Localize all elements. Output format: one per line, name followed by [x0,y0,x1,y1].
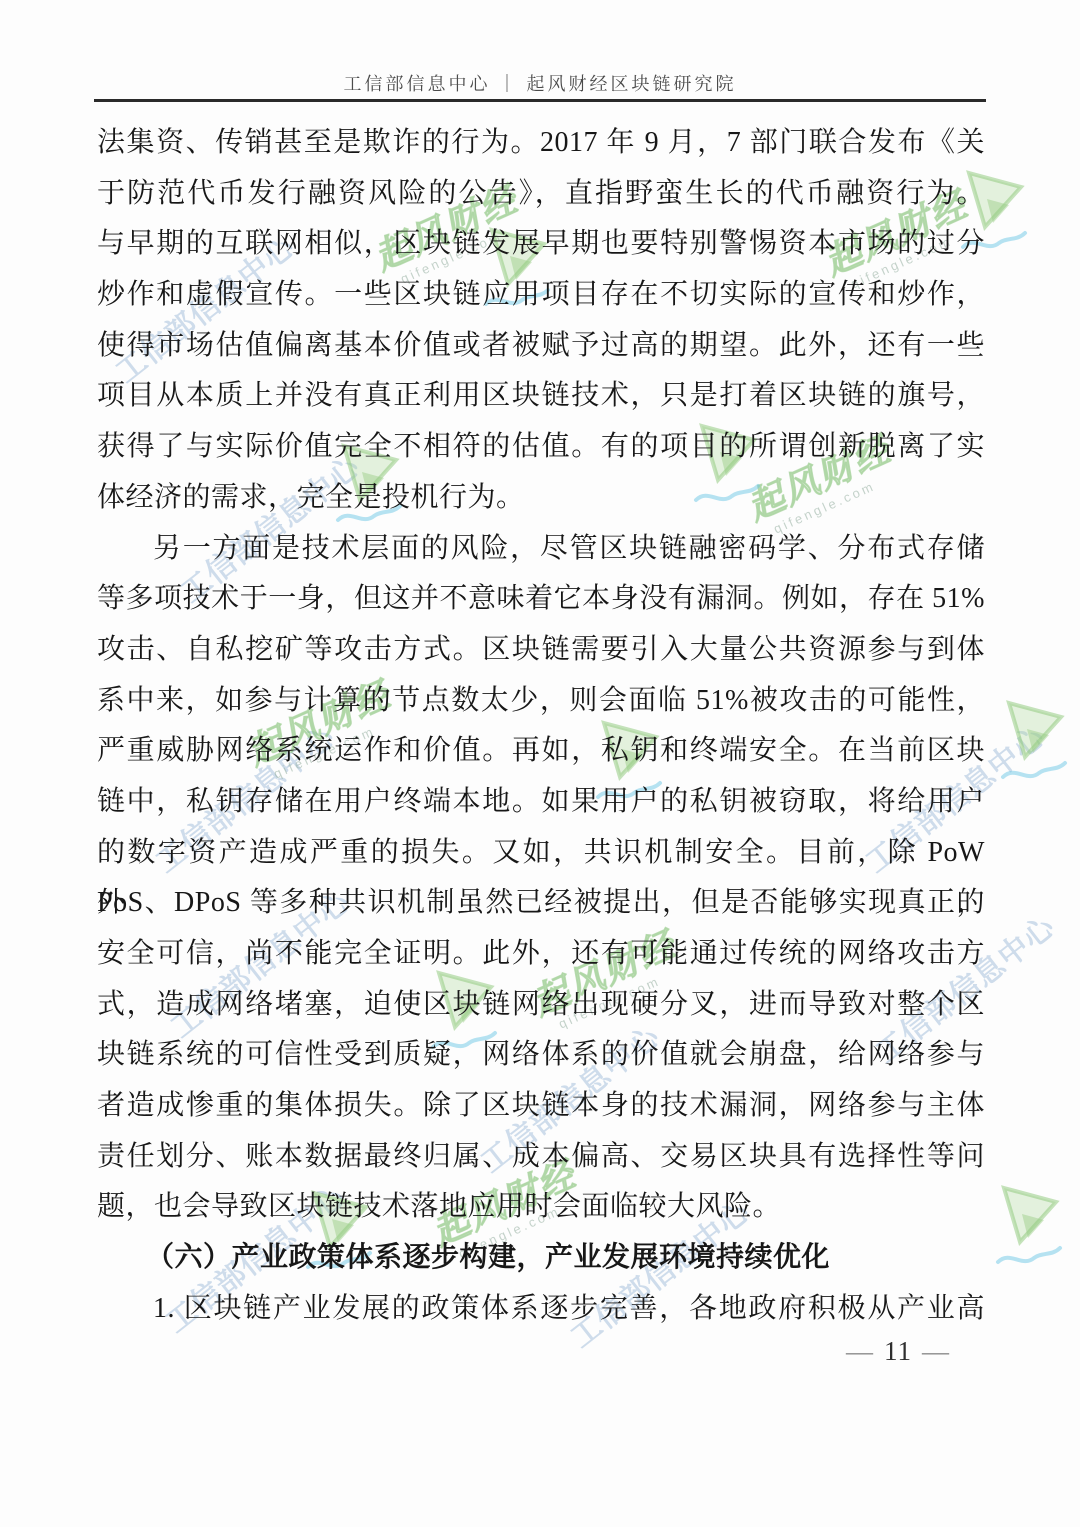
body-line: 使得市场估值偏离基本价值或者被赋予过高的期望。此外，还有一些 [97,321,985,372]
qifeng-logo-icon [990,1180,1070,1280]
document-page: 工信部信息中心 工信部信息中心 工信部信息中心 工信部信息中心 工信部信息中心 … [0,0,1080,1527]
section-heading: （六）产业政策体系逐步构建，产业发展环境持续优化 [97,1233,985,1284]
body-line: 与早期的互联网相似，区块链发展早期也要特别警惕资本市场的过分 [97,219,985,270]
body-line: 块链系统的可信性受到质疑，网络体系的价值就会崩盘，给网络参与 [97,1030,985,1081]
page-header-title: 工信部信息中心 ｜ 起风财经区块链研究院 [0,70,1080,96]
body-line: 责任划分、账本数据最终归属、成本偏高、交易区块具有选择性等问 [97,1132,985,1183]
qifeng-logo-icon [995,695,1075,795]
body-line: 式，造成网络堵塞，迫使区块链网络出现硬分叉，进而导致对整个区 [97,980,985,1031]
body-line: 1. 区块链产业发展的政策体系逐步完善，各地政府积极从产业高 [97,1284,985,1335]
body-line: PoS、DPoS 等多种共识机制虽然已经被提出，但是否能够实现真正的 [97,878,985,929]
page-number-dash: — [912,1336,960,1366]
body-line: 严重威胁网络系统运作和价值。再如，私钥和终端安全。在当前区块 [97,726,985,777]
page-number-value: 11 [884,1336,912,1366]
body-line: 安全可信，尚不能完全证明。此外，还有可能通过传统的网络攻击方 [97,929,985,980]
body-line: 攻击、自私挖矿等攻击方式。区块链需要引入大量公共资源参与到体 [97,625,985,676]
body-line: 项目从本质上并没有真正利用区块链技术，只是打着区块链的旗号， [97,371,985,422]
body-line: 的数字资产造成严重的损失。又如，共识机制安全。目前，除 PoW 外， [97,828,985,879]
body-line: 炒作和虚假宣传。一些区块链应用项目存在不切实际的宣传和炒作， [97,270,985,321]
body-line: 法集资、传销甚至是欺诈的行为。2017 年 9 月，7 部门联合发布《关 [97,118,985,169]
body-line: 者造成惨重的集体损失。除了区块链本身的技术漏洞，网络参与主体 [97,1081,985,1132]
body-line: 题，也会导致区块链技术落地应用时会面临较大风险。 [97,1182,985,1233]
page-number: —11— [836,1336,960,1367]
page-number-dash: — [836,1336,884,1366]
body-line: 系中来，如参与计算的节点数太少，则会面临 51%被攻击的可能性， [97,676,985,727]
body-line: 获得了与实际价值完全不相符的估值。有的项目的所谓创新脱离了实 [97,422,985,473]
body-line: 于防范代币发行融资风险的公告》，直指野蛮生长的代币融资行为。 [97,169,985,220]
body-line: 链中，私钥存储在用户终端本地。如果用户的私钥被窃取，将给用户 [97,777,985,828]
document-body: 法集资、传销甚至是欺诈的行为。2017 年 9 月，7 部门联合发布《关 于防范… [97,118,985,1335]
header-divider [94,99,986,102]
body-line: 等多项技术于一身，但这并不意味着它本身没有漏洞。例如，存在 51% [97,574,985,625]
body-line: 另一方面是技术层面的风险，尽管区块链融密码学、分布式存储 [97,524,985,575]
body-line: 体经济的需求，完全是投机行为。 [97,473,985,524]
